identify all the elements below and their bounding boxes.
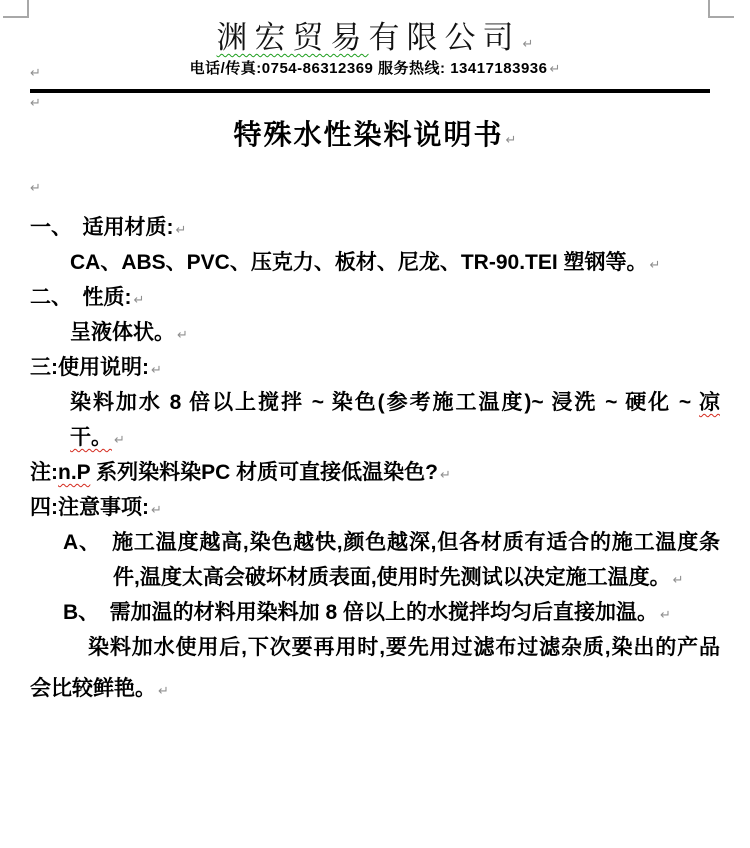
paragraph-mark-icon: ↵ [114,433,125,448]
line-text: 一、 适用材质: [30,216,174,239]
paragraph-mark-icon: ↵ [151,503,162,518]
paragraph-mark-icon: ↵ [134,293,145,308]
body-line-property: 呈液体状。↵ [70,315,750,350]
document-title: 特殊水性染料说明书↵ [0,113,750,153]
line-text: 染料加水使用后,下次要再用时,要先用过滤布过滤杂质,染出的产品 [88,636,720,659]
document-title-text: 特殊水性染料说明书 [234,119,504,150]
company-name-rest: 有限公司 [369,20,521,55]
body-line-note: 注:n.P 系列染料染PC 材质可直接低温染色?↵ [30,455,750,490]
body-line-heading-4: 四:注意事项:↵ [30,490,750,525]
document-body: 一、 适用材质:↵ CA、ABS、PVC、压克力、板材、尼龙、TR-90.TEI… [0,210,750,706]
body-line-item-a-cont: 件,温度太高会破坏材质表面,使用时先测试以决定施工温度。↵ [113,560,750,595]
paragraph-mark-icon: ↵ [30,96,41,111]
line-text: 四:注意事项: [30,496,149,519]
paragraph-mark-icon: ↵ [673,573,684,588]
spellcheck-word: 干。 [70,426,112,449]
body-line-heading-2: 二、 性质:↵ [30,280,750,315]
body-line-usage-steps: 染料加水 8 倍以上搅拌 ~ 染色(参考施工温度)~ 浸洗 ~ 硬化 ~ 凉 [70,385,720,420]
paragraph-mark-icon: ↵ [176,223,187,238]
line-text: 染料加水 8 倍以上搅拌 ~ 染色(参考施工温度)~ 浸洗 ~ 硬化 ~ [70,391,699,414]
spellcheck-word: 凉 [699,391,720,414]
line-text: B、 需加温的材料用染料加 8 倍以上的水搅拌均匀后直接加温。 [63,601,658,624]
line-text: 三:使用说明: [30,356,149,379]
body-line-usage-steps-cont: 干。↵ [70,420,750,455]
paragraph-mark-icon: ↵ [506,133,517,148]
paragraph-mark-icon: ↵ [440,468,451,483]
company-name-spellcheck-segment: 渊宏贸易 [217,20,369,55]
paragraph-mark-icon: ↵ [30,66,41,81]
body-line-item-b: B、 需加温的材料用染料加 8 倍以上的水搅拌均匀后直接加温。↵ [63,595,750,630]
line-text: 呈液体状。 [70,321,175,344]
line-text: CA、ABS、PVC、压克力、板材、尼龙、TR-90.TEI 塑钢等。 [70,251,648,274]
body-line-materials: CA、ABS、PVC、压克力、板材、尼龙、TR-90.TEI 塑钢等。↵ [70,245,750,280]
body-line-heading-1: 一、 适用材质:↵ [30,210,750,245]
company-name: 渊宏贸易有限公司↵ [0,12,750,57]
paragraph-mark-icon: ↵ [523,37,534,52]
line-text: 系列染料染PC 材质可直接低温染色? [90,461,438,484]
word-document-page: 渊宏贸易有限公司↵ 电话/传真:0754-86312369 服务热线: 1341… [0,0,750,848]
line-text: 件,温度太高会破坏材质表面,使用时先测试以决定施工温度。 [113,566,671,589]
line-text: 会比较鲜艳。 [30,677,156,700]
phone-fax-text: 电话/传真:0754-86312369 服务热线: 13417183936 [190,60,548,77]
horizontal-rule [30,89,710,93]
body-line-heading-3: 三:使用说明:↵ [30,350,750,385]
paragraph-mark-icon: ↵ [660,608,671,623]
paragraph-mark-icon: ↵ [158,684,169,699]
line-text: A、 施工温度越高,染色越快,颜色越深,但各材质有适合的施工温度条 [63,531,720,554]
paragraph-mark-icon: ↵ [650,258,661,273]
body-line-item-a: A、 施工温度越高,染色越快,颜色越深,但各材质有适合的施工温度条 [63,525,720,560]
paragraph-mark-icon: ↵ [177,328,188,343]
line-text: 注: [30,461,58,484]
paragraph-mark-icon: ↵ [549,62,560,77]
paragraph-mark-icon: ↵ [30,181,41,196]
line-text: 二、 性质: [30,286,132,309]
phone-fax-line: 电话/传真:0754-86312369 服务热线: 13417183936↵ [0,57,750,78]
body-line-filter-tip-cont: 会比较鲜艳。↵ [30,671,750,706]
body-line-filter-tip: 染料加水使用后,下次要再用时,要先用过滤布过滤杂质,染出的产品 [88,630,720,665]
spellcheck-word: n.P [58,461,90,484]
paragraph-mark-icon: ↵ [151,363,162,378]
